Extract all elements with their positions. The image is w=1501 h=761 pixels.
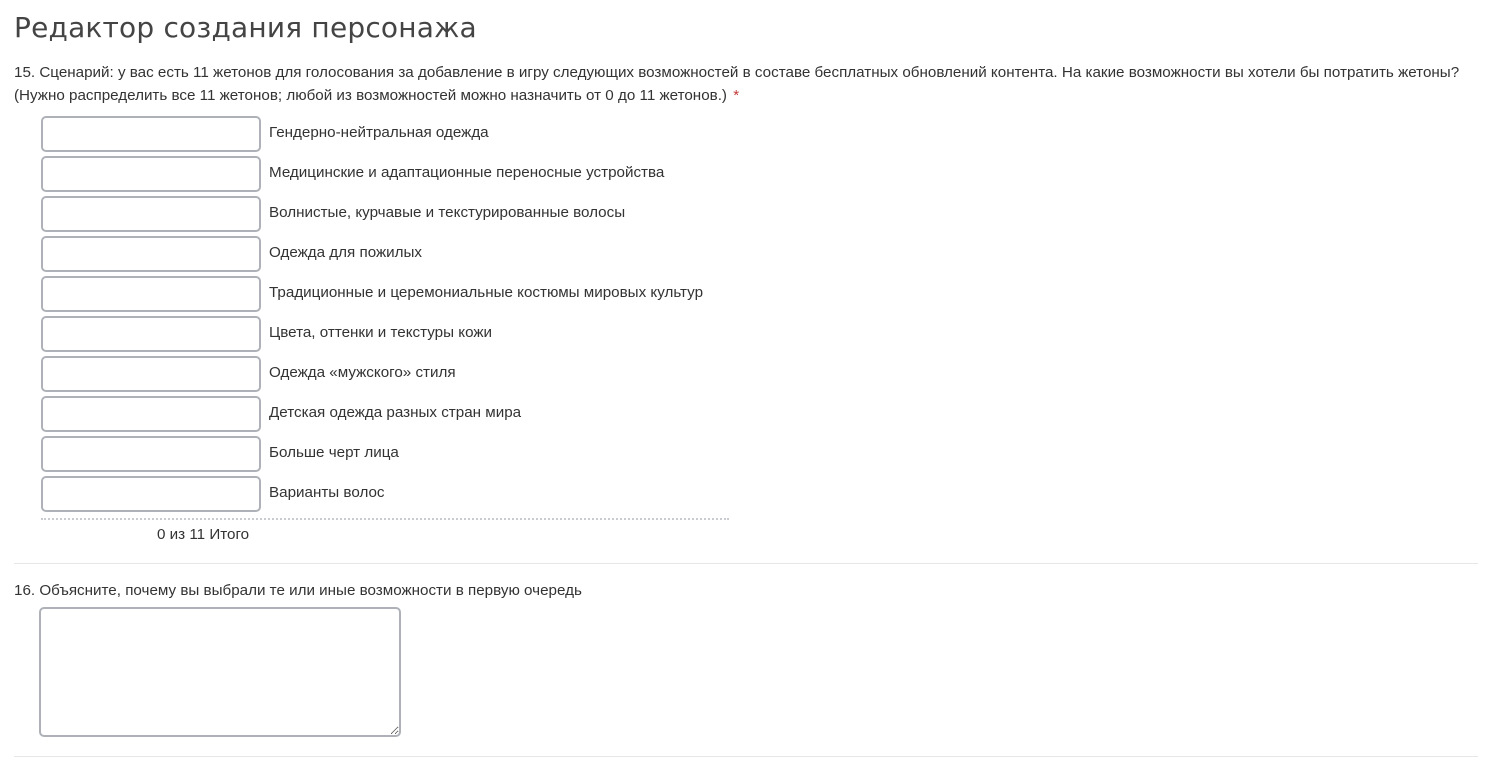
allocation-row: Волнистые, курчавые и текстурированные в… (41, 194, 729, 234)
allocation-row: Гендерно-нейтральная одежда (41, 114, 729, 154)
page-title: Редактор создания персонажа (14, 10, 477, 46)
total-separator (41, 518, 729, 520)
allocation-label: Одежда для пожилых (269, 244, 422, 261)
allocation-input-textured-hair[interactable] (41, 196, 261, 232)
allocation-input-hair-options[interactable] (41, 476, 261, 512)
question-divider (14, 563, 1478, 564)
question-16-answer-textarea[interactable] (39, 607, 401, 737)
allocation-input-elderly-clothing[interactable] (41, 236, 261, 272)
allocation-input-traditional-costumes[interactable] (41, 276, 261, 312)
question-16-label: 16. Объясните, почему вы выбрали те или … (14, 581, 582, 601)
required-asterisk: * (733, 87, 739, 104)
allocation-row: Цвета, оттенки и текстуры кожи (41, 314, 729, 354)
allocation-row: Больше черт лица (41, 434, 729, 474)
allocation-label: Детская одежда разных стран мира (269, 404, 521, 421)
allocation-label: Волнистые, курчавые и текстурированные в… (269, 204, 625, 221)
allocation-input-masculine-clothing[interactable] (41, 356, 261, 392)
allocation-input-skin-tones[interactable] (41, 316, 261, 352)
allocation-label: Цвета, оттенки и текстуры кожи (269, 324, 492, 341)
allocation-row: Варианты волос (41, 474, 729, 514)
allocation-input-facial-features[interactable] (41, 436, 261, 472)
allocation-label: Больше черт лица (269, 444, 399, 461)
token-allocation-list: Гендерно-нейтральная одежда Медицинские … (41, 114, 729, 514)
allocation-label: Гендерно-нейтральная одежда (269, 124, 489, 141)
allocation-label: Одежда «мужского» стиля (269, 364, 456, 381)
allocation-input-children-clothing[interactable] (41, 396, 261, 432)
question-divider (14, 756, 1478, 757)
allocation-input-gender-neutral-clothing[interactable] (41, 116, 261, 152)
allocation-total: 0 из 11 Итого (157, 526, 249, 543)
allocation-input-medical-devices[interactable] (41, 156, 261, 192)
allocation-row: Традиционные и церемониальные костюмы ми… (41, 274, 729, 314)
allocation-row: Медицинские и адаптационные переносные у… (41, 154, 729, 194)
allocation-label: Варианты волос (269, 484, 385, 501)
allocation-row: Одежда «мужского» стиля (41, 354, 729, 394)
question-15-text: 15. Сценарий: у вас есть 11 жетонов для … (14, 61, 1484, 107)
allocation-row: Детская одежда разных стран мира (41, 394, 729, 434)
allocation-row: Одежда для пожилых (41, 234, 729, 274)
allocation-label: Медицинские и адаптационные переносные у… (269, 164, 664, 181)
allocation-label: Традиционные и церемониальные костюмы ми… (269, 284, 703, 301)
